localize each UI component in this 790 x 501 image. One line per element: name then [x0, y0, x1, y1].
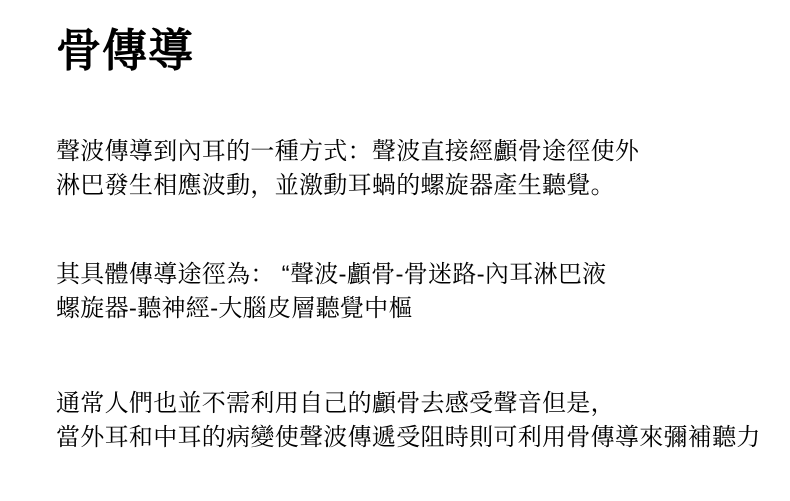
paragraph-pathway: 其具體傳導途徑為： “聲波-顱骨-骨迷路-內耳淋巴液 螺旋器-聽神經-大腦皮層聽…: [56, 258, 754, 326]
text-line: 當外耳和中耳的病變使聲波傳遞受阻時則可利用骨傳導來彌補聽力: [56, 421, 754, 455]
paragraph-definition: 聲波傳導到內耳的一種方式：聲波直接經顱骨途徑使外 淋巴發生相應波動，並激動耳蝸的…: [56, 135, 754, 203]
document-page: 骨傳導 聲波傳導到內耳的一種方式：聲波直接經顱骨途徑使外 淋巴發生相應波動，並激…: [0, 0, 790, 501]
paragraph-usage: 通常人們也並不需利用自己的顱骨去感受聲音但是， 當外耳和中耳的病變使聲波傳遞受阻…: [56, 387, 754, 455]
text-line: 通常人們也並不需利用自己的顱骨去感受聲音但是，: [56, 387, 754, 421]
page-title: 骨傳導: [56, 24, 754, 78]
text-line: 螺旋器-聽神經-大腦皮層聽覺中樞: [56, 292, 754, 326]
text-line: 淋巴發生相應波動，並激動耳蝸的螺旋器產生聽覺。: [56, 169, 754, 203]
text-line: 聲波傳導到內耳的一種方式：聲波直接經顱骨途徑使外: [56, 135, 754, 169]
text-line: 其具體傳導途徑為： “聲波-顱骨-骨迷路-內耳淋巴液: [56, 258, 754, 292]
